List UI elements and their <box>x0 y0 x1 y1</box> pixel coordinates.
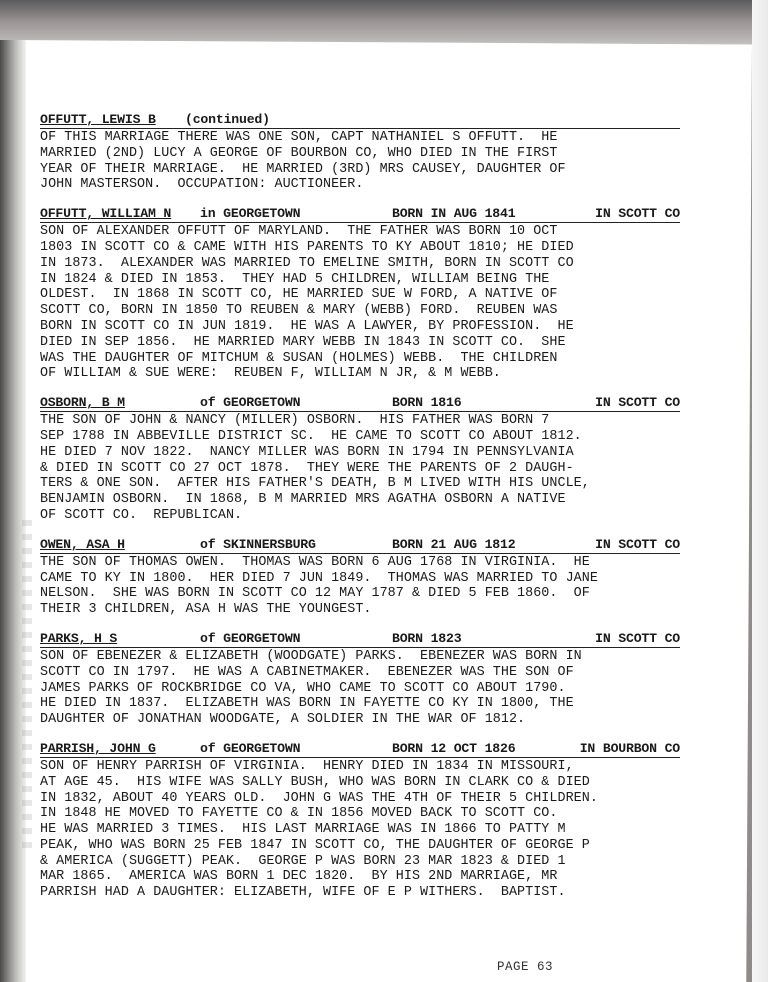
entry-place: of GEORGETOWN <box>200 395 300 411</box>
entry-header: OFFUTT, WILLIAM Nin GEORGETOWNBORN IN AU… <box>40 206 680 223</box>
entry-name: OWEN, ASA H <box>40 537 125 553</box>
body-line: & DIED IN SCOTT CO 27 OCT 1878. THEY WER… <box>40 461 680 477</box>
body-line: JOHN MASTERSON. OCCUPATION: AUCTIONEER. <box>40 177 680 193</box>
bleed-through-text <box>22 520 32 850</box>
entry-name: PARKS, H S <box>40 631 117 647</box>
scan-right-edge <box>752 0 768 982</box>
body-line: HE DIED IN 1837. ELIZABETH WAS BORN IN F… <box>40 696 680 712</box>
body-line: SON OF HENRY PARRISH OF VIRGINIA. HENRY … <box>40 759 680 775</box>
body-line: BORN IN SCOTT CO IN JUN 1819. HE WAS A L… <box>40 319 680 335</box>
body-line: DIED IN SEP 1856. HE MARRIED MARY WEBB I… <box>40 335 680 351</box>
biography-entry: OWEN, ASA Hof SKINNERSBURGBORN 21 AUG 18… <box>40 537 680 618</box>
page-number: PAGE 63 <box>497 960 553 974</box>
entry-place: of GEORGETOWN <box>200 741 300 757</box>
body-line: IN 1832, ABOUT 40 YEARS OLD. JOHN G WAS … <box>40 791 680 807</box>
body-line: MAR 1865. AMERICA WAS BORN 1 DEC 1820. B… <box>40 869 680 885</box>
body-line: CAME TO KY IN 1800. HER DIED 7 JUN 1849.… <box>40 571 680 587</box>
entry-birth: BORN 21 AUG 1812 <box>392 537 515 553</box>
entry-birth: BORN 1823 <box>392 631 461 647</box>
biography-entry: PARKS, H Sof GEORGETOWNBORN 1823IN SCOTT… <box>40 631 680 728</box>
biography-entry: PARRISH, JOHN Gof GEORGETOWNBORN 12 OCT … <box>40 741 680 901</box>
body-line: DAUGHTER OF JONATHAN WOODGATE, A SOLDIER… <box>40 712 680 728</box>
entry-name: PARRISH, JOHN G <box>40 741 156 757</box>
body-line: PEAK, WHO WAS BORN 25 FEB 1847 IN SCOTT … <box>40 838 680 854</box>
body-line: NELSON. SHE WAS BORN IN SCOTT CO 12 MAY … <box>40 586 680 602</box>
entry-header: OFFUTT, LEWIS B(continued) <box>40 112 680 129</box>
entry-header: PARRISH, JOHN Gof GEORGETOWNBORN 12 OCT … <box>40 741 680 758</box>
body-line: THEIR 3 CHILDREN, ASA H WAS THE YOUNGEST… <box>40 602 680 618</box>
entry-place: of GEORGETOWN <box>200 631 300 647</box>
body-line: OF WILLIAM & SUE WERE: REUBEN F, WILLIAM… <box>40 366 680 382</box>
entry-place: in GEORGETOWN <box>200 206 300 222</box>
body-line: OF THIS MARRIAGE THERE WAS ONE SON, CAPT… <box>40 130 680 146</box>
body-line: BENJAMIN OSBORN. IN 1868, B M MARRIED MR… <box>40 492 680 508</box>
biography-entry: OSBORN, B Mof GEORGETOWNBORN 1816IN SCOT… <box>40 395 680 524</box>
body-line: PARRISH HAD A DAUGHTER: ELIZABETH, WIFE … <box>40 885 680 901</box>
entry-name: OFFUTT, WILLIAM N <box>40 206 171 222</box>
entry-name: OFFUTT, LEWIS B <box>40 112 156 128</box>
entry-birthplace: IN SCOTT CO <box>595 206 680 222</box>
body-line: HE WAS MARRIED 3 TIMES. HIS LAST MARRIAG… <box>40 822 680 838</box>
body-line: THE SON OF THOMAS OWEN. THOMAS WAS BORN … <box>40 555 680 571</box>
body-line: AT AGE 45. HIS WIFE WAS SALLY BUSH, WHO … <box>40 775 680 791</box>
entry-birth: BORN 1816 <box>392 395 461 411</box>
entry-birth: BORN IN AUG 1841 <box>392 206 515 222</box>
entry-body: THE SON OF JOHN & NANCY (MILLER) OSBORN.… <box>40 413 680 524</box>
entry-place: of SKINNERSBURG <box>200 537 316 553</box>
body-line: SON OF ALEXANDER OFFUTT OF MARYLAND. THE… <box>40 224 680 240</box>
entry-header: OSBORN, B Mof GEORGETOWNBORN 1816IN SCOT… <box>40 395 680 412</box>
body-line: HE DIED 7 NOV 1822. NANCY MILLER WAS BOR… <box>40 445 680 461</box>
biography-entry: OFFUTT, LEWIS B(continued)OF THIS MARRIA… <box>40 112 680 193</box>
body-line: SCOTT CO IN 1797. HE WAS A CABINETMAKER.… <box>40 665 680 681</box>
body-line: THE SON OF JOHN & NANCY (MILLER) OSBORN.… <box>40 413 680 429</box>
entry-birthplace: IN SCOTT CO <box>595 537 680 553</box>
entry-body: SON OF HENRY PARRISH OF VIRGINIA. HENRY … <box>40 759 680 901</box>
entry-body: THE SON OF THOMAS OWEN. THOMAS WAS BORN … <box>40 555 680 618</box>
entry-header: PARKS, H Sof GEORGETOWNBORN 1823IN SCOTT… <box>40 631 680 648</box>
entry-header: OWEN, ASA Hof SKINNERSBURGBORN 21 AUG 18… <box>40 537 680 554</box>
body-line: WAS THE DAUGHTER OF MITCHUM & SUSAN (HOL… <box>40 351 680 367</box>
body-line: YEAR OF THEIR MARRIAGE. HE MARRIED (3RD)… <box>40 162 680 178</box>
entry-body: OF THIS MARRIAGE THERE WAS ONE SON, CAPT… <box>40 130 680 193</box>
body-line: & AMERICA (SUGGETT) PEAK. GEORGE P WAS B… <box>40 854 680 870</box>
body-line: SCOTT CO, BORN IN 1850 TO REUBEN & MARY … <box>40 303 680 319</box>
entry-birthplace: IN SCOTT CO <box>595 395 680 411</box>
body-line: IN 1848 HE MOVED TO FAYETTE CO & IN 1856… <box>40 806 680 822</box>
entry-body: SON OF EBENEZER & ELIZABETH (WOODGATE) P… <box>40 649 680 728</box>
body-line: SON OF EBENEZER & ELIZABETH (WOODGATE) P… <box>40 649 680 665</box>
body-line: OLDEST. IN 1868 IN SCOTT CO, HE MARRIED … <box>40 287 680 303</box>
document-content: OFFUTT, LEWIS B(continued)OF THIS MARRIA… <box>40 112 680 914</box>
body-line: 1803 IN SCOTT CO & CAME WITH HIS PARENTS… <box>40 240 680 256</box>
body-line: SEP 1788 IN ABBEVILLE DISTRICT SC. HE CA… <box>40 429 680 445</box>
entry-birthplace: IN BOURBON CO <box>580 741 680 757</box>
body-line: MARRIED (2ND) LUCY A GEORGE OF BOURBON C… <box>40 146 680 162</box>
entry-place: (continued) <box>185 112 270 128</box>
entry-birth: BORN 12 OCT 1826 <box>392 741 515 757</box>
entry-body: SON OF ALEXANDER OFFUTT OF MARYLAND. THE… <box>40 224 680 382</box>
body-line: JAMES PARKS OF ROCKBRIDGE CO VA, WHO CAM… <box>40 681 680 697</box>
biography-entry: OFFUTT, WILLIAM Nin GEORGETOWNBORN IN AU… <box>40 206 680 382</box>
body-line: OF SCOTT CO. REPUBLICAN. <box>40 508 680 524</box>
body-line: IN 1873. ALEXANDER WAS MARRIED TO EMELIN… <box>40 256 680 272</box>
entry-birthplace: IN SCOTT CO <box>595 631 680 647</box>
body-line: IN 1824 & DIED IN 1853. THEY HAD 5 CHILD… <box>40 272 680 288</box>
body-line: TERS & ONE SON. AFTER HIS FATHER'S DEATH… <box>40 476 680 492</box>
entry-name: OSBORN, B M <box>40 395 125 411</box>
